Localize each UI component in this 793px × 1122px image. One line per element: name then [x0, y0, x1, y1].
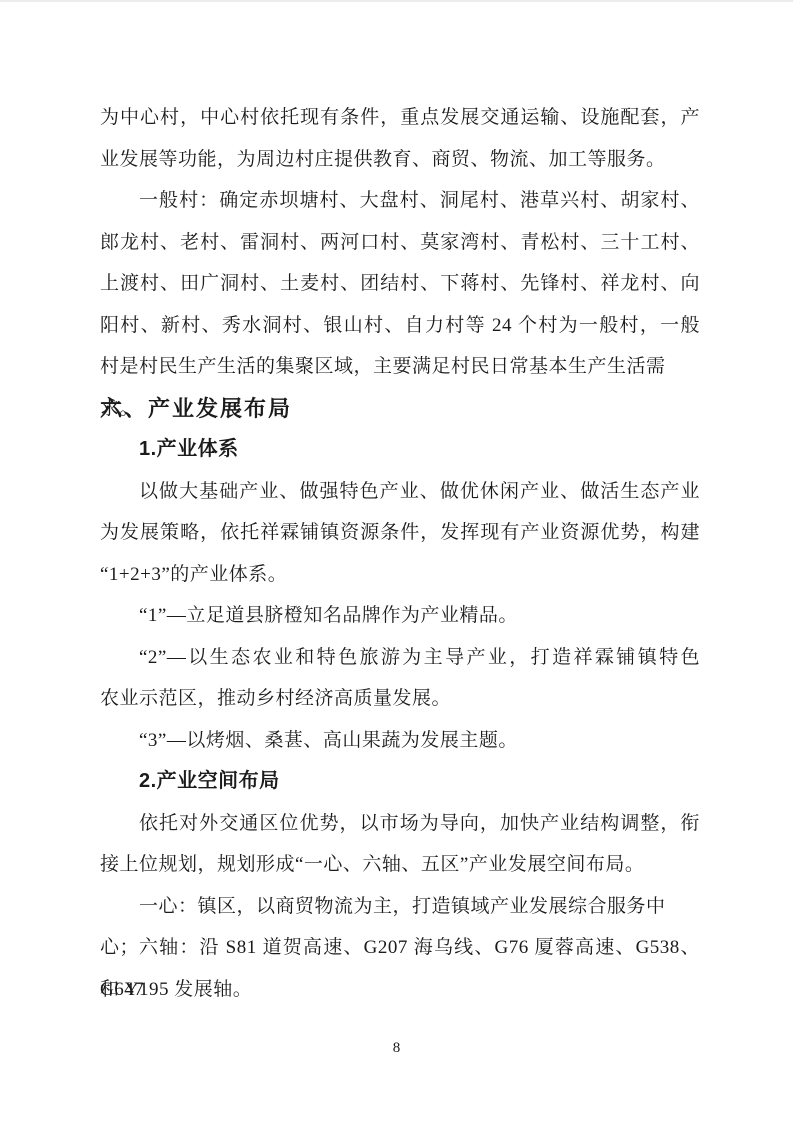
paragraph-line: 一心：镇区，以商贸物流为主，打造镇域产业发展综合服务中心；: [100, 886, 700, 928]
paragraph-line: 村是村民生产生活的集聚区域，主要满足村民日常基本生产生活需求。: [100, 346, 700, 388]
paragraph-line: 郎龙村、老村、雷洞村、两河口村、莫家湾村、青松村、三十工村、: [100, 222, 700, 264]
paragraph-line: 以做大基础产业、做强特色产业、做优休闲产业、做活生态产业: [100, 471, 700, 513]
paragraph-line: “3”—以烤烟、桑葚、高山果蔬为发展主题。: [100, 720, 700, 762]
paragraph-line: 为发展策略，依托祥霖铺镇资源条件，发挥现有产业资源优势，构建: [100, 512, 700, 554]
paragraph-line: 依托对外交通区位优势，以市场为导向，加快产业结构调整，衔: [100, 803, 700, 845]
paragraph-line: 为中心村，中心村依托现有条件，重点发展交通运输、设施配套，产: [100, 97, 700, 139]
subsection-heading: 2.产业空间布局: [100, 761, 700, 803]
paragraph-line: 接上位规划，规划形成“一心、六轴、五区”产业发展空间布局。: [100, 844, 700, 886]
section-heading: 六、产业发展布局: [100, 388, 700, 430]
paragraph-line: 业发展等功能，为周边村庄提供教育、商贸、物流、加工等服务。: [100, 139, 700, 181]
document-body: 为中心村，中心村依托现有条件，重点发展交通运输、设施配套，产 业发展等功能，为周…: [100, 97, 700, 1010]
paragraph-line: 农业示范区，推动乡村经济高质量发展。: [100, 678, 700, 720]
page-number: 8: [0, 1038, 793, 1058]
subsection-heading: 1.产业体系: [100, 429, 700, 471]
paragraph-line: 一般村：确定赤坝塘村、大盘村、洞尾村、港草兴村、胡家村、: [100, 180, 700, 222]
paragraph-line: “1”—立足道县脐橙知名品牌作为产业精品。: [100, 595, 700, 637]
paragraph-line: 阳村、新村、秀水洞村、银山村、自力村等 24 个村为一般村，一般: [100, 305, 700, 347]
paragraph-line: 六轴：沿 S81 道贺高速、G207 海乌线、G76 厦蓉高速、G538、G64…: [100, 927, 700, 969]
paragraph-line: 和 Y195 发展轴。: [100, 969, 700, 1011]
scan-edge-line: [0, 0, 793, 2]
paragraph-line: “1+2+3”的产业体系。: [100, 554, 700, 596]
paragraph-line: “2”—以生态农业和特色旅游为主导产业，打造祥霖铺镇特色: [100, 637, 700, 679]
paragraph-line: 上渡村、田广洞村、土麦村、团结村、下蒋村、先锋村、祥龙村、向: [100, 263, 700, 305]
